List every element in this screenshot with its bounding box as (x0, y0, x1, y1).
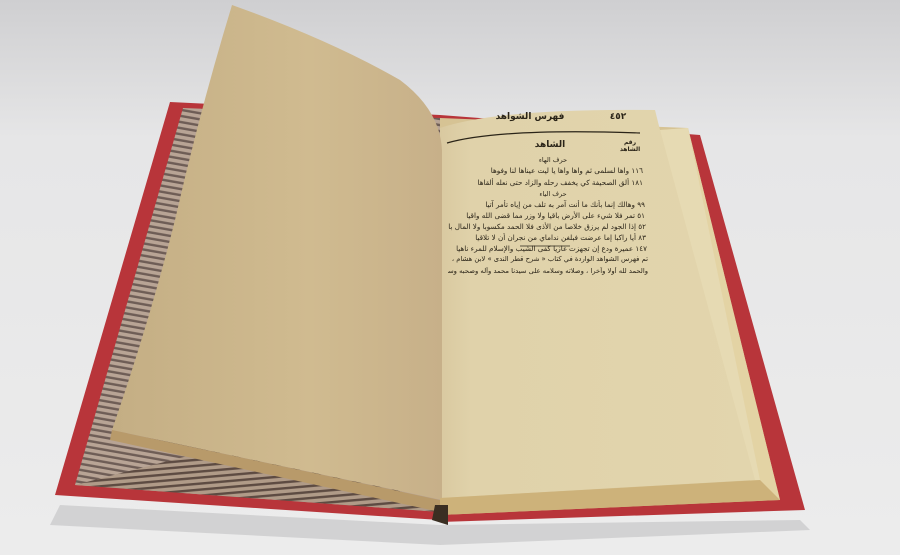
closing-line: تم فهرس الشواهد الواردة في كتاب « شرح قط… (448, 255, 648, 263)
verse-line: ١٨١ ألق الصحيفة كي يخفف رحله والزاد حتى … (448, 178, 643, 187)
verse-line: ٩٩ وهالك إنما بأنك ما أنت آمر به تلف من … (448, 200, 645, 209)
running-header: فهرس الشواهد (470, 112, 590, 122)
section-heading: حرف الهاء (513, 156, 593, 164)
verse-line: ٨٣ أيا راكبا إما عرضت فبلغن نداماي من نج… (448, 233, 646, 242)
page-number: ٤٥٢ (598, 112, 638, 122)
verse-line: ٥١ تمر فلا شيء على الأرض باقيا ولا وزر م… (448, 211, 645, 220)
column-title: الشاهد (500, 140, 600, 150)
column-label: رقم الشاهد (614, 139, 646, 153)
verse-line: ٥٢ إذا الجود لم يرزق خلاصا من الأذى فلا … (448, 222, 646, 231)
verse-line: ١٤٧ عميرة ودع إن تجهزت غازيا كفى الشيب و… (448, 244, 647, 253)
verse-line: ١١٦ واها لسلمى ثم واها واها يا ليت عيناه… (448, 166, 643, 175)
book-photo: فهرس الشواهد ٤٥٢ رقم الشاهد الشاهد حرف ا… (0, 0, 900, 555)
closing-line: والحمد لله أولا وآخرا ، وصلاته وسلامه عل… (448, 267, 648, 275)
section-heading: حرف الياء (513, 190, 593, 198)
book-illustration (0, 0, 900, 555)
